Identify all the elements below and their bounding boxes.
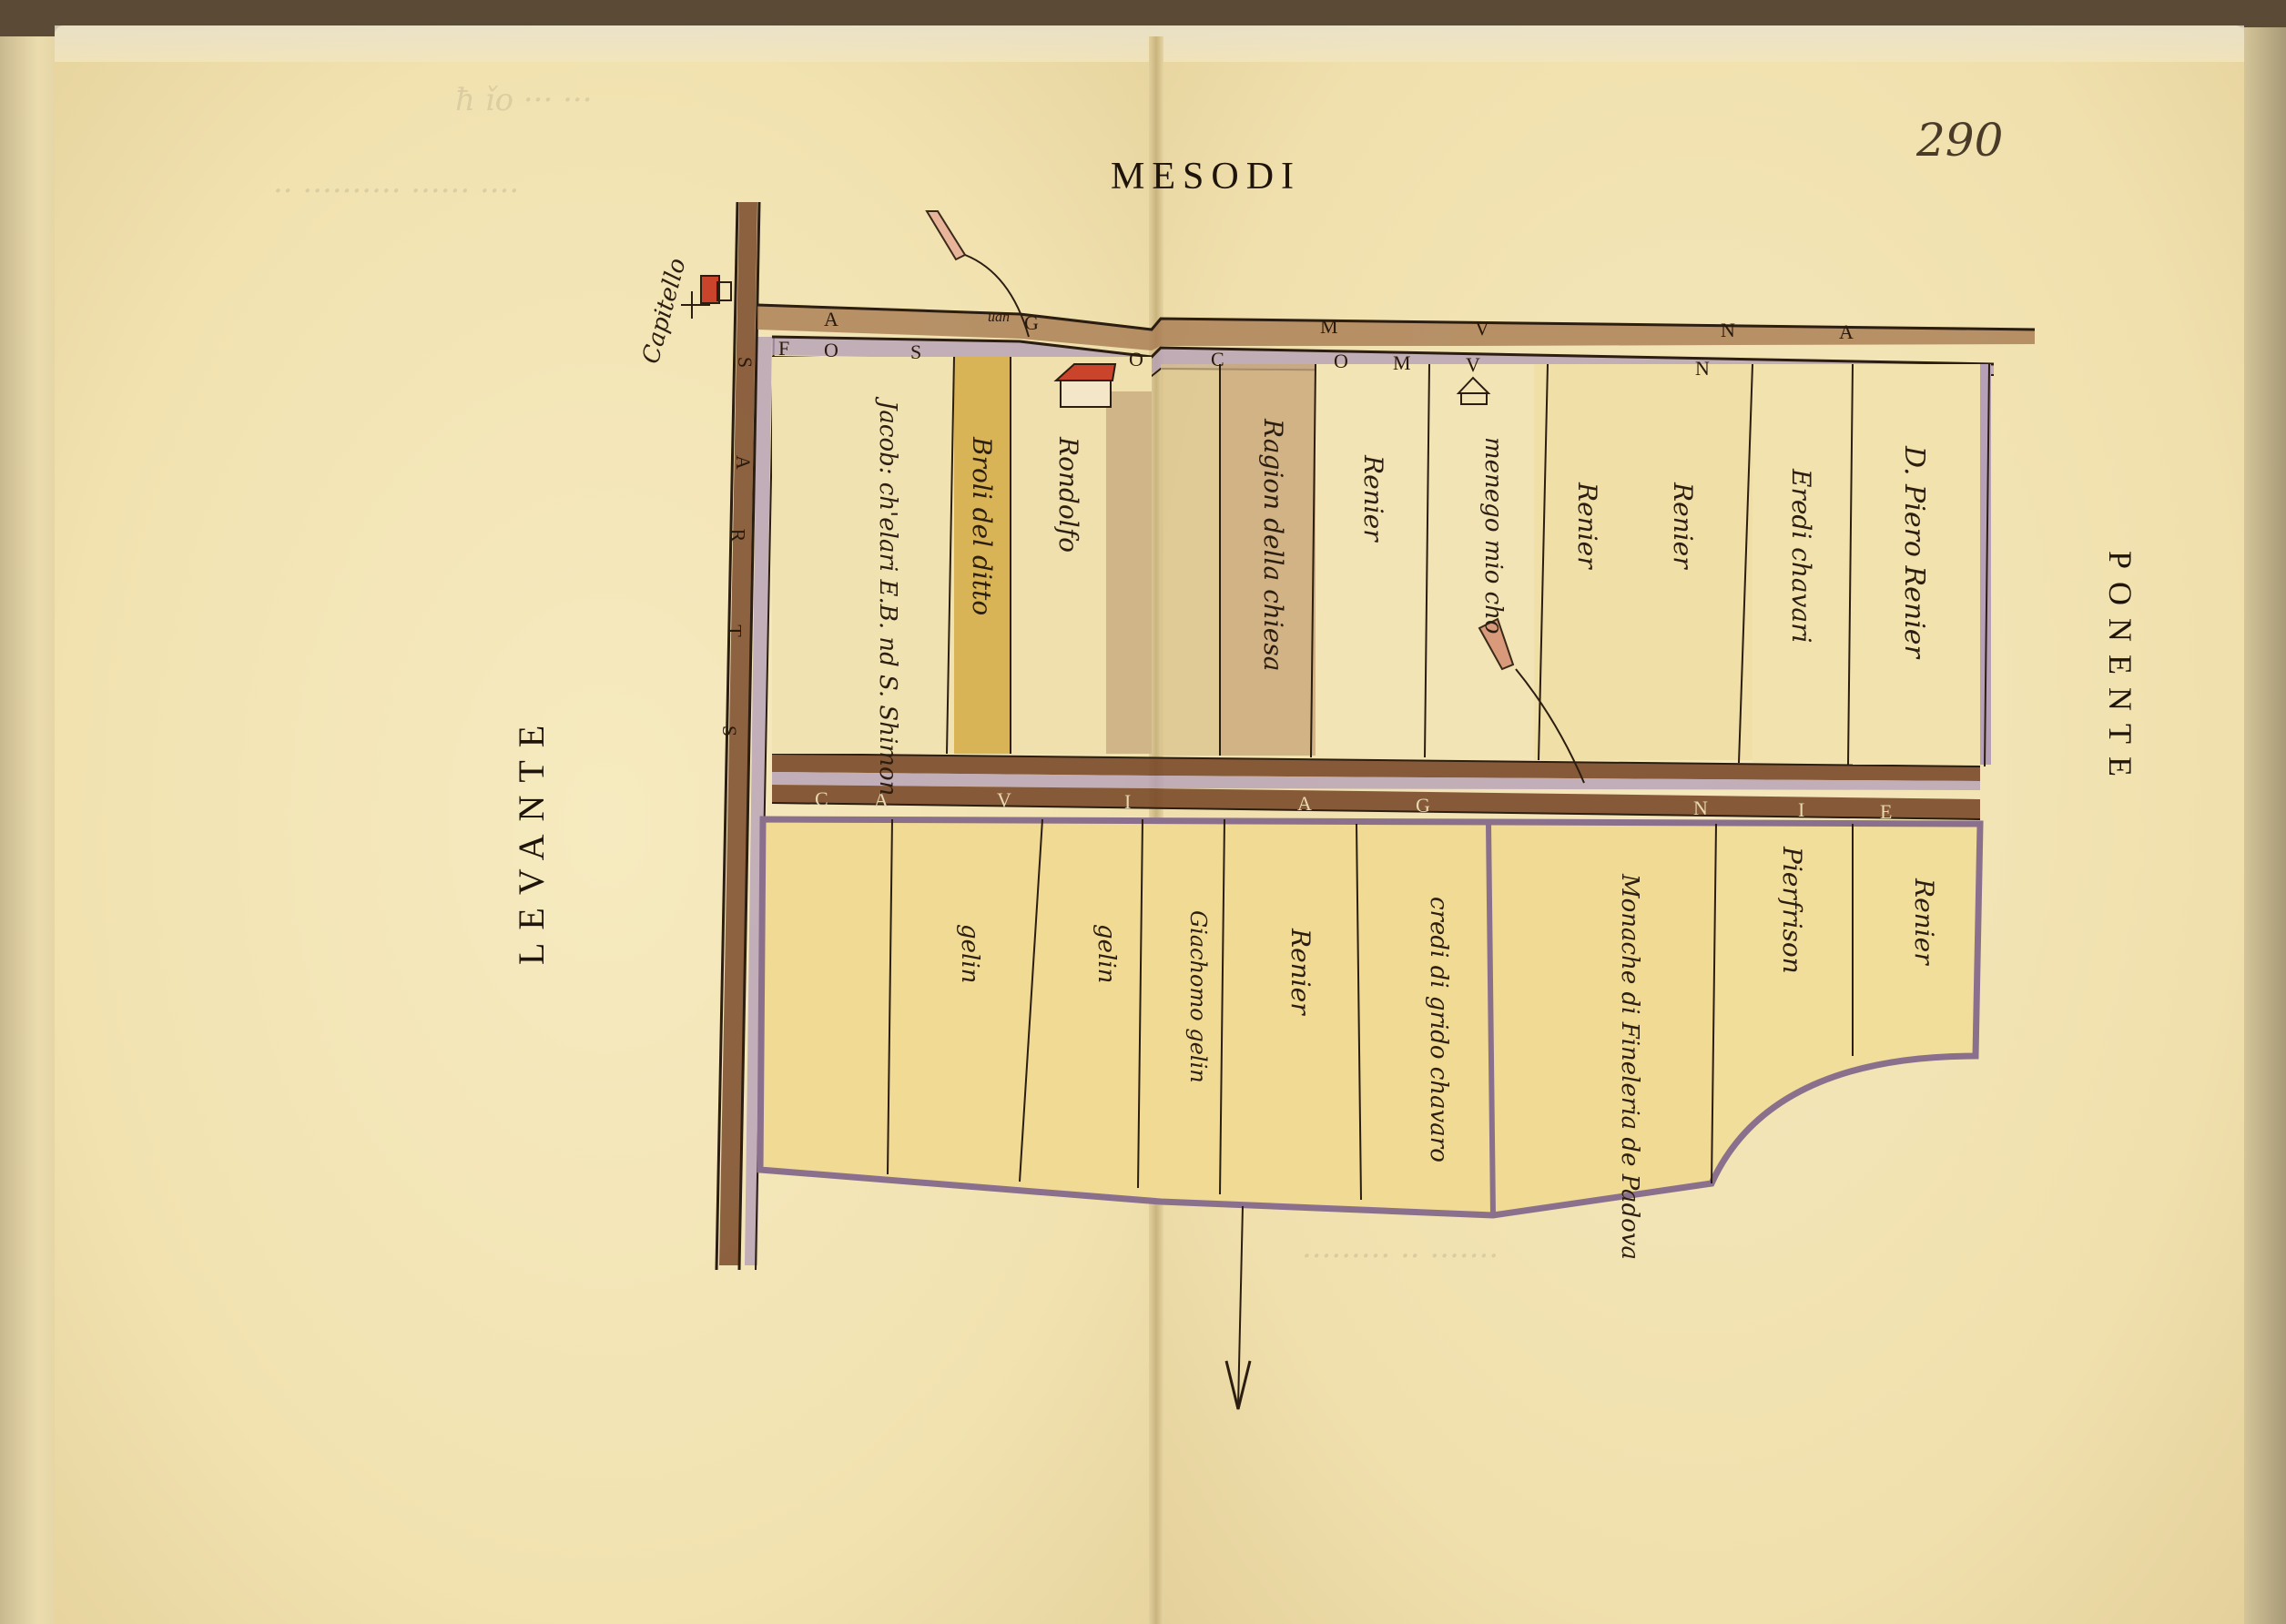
cadastral-map [0, 0, 2286, 1624]
road-letter: G [1416, 794, 1430, 817]
parcel-label: Renier [1358, 455, 1388, 542]
road-letter: A [1297, 792, 1312, 816]
parcel-label: Renier [1572, 482, 1602, 569]
road-letter: V [997, 788, 1011, 812]
parcel-label: Renier [1909, 878, 1939, 965]
road-letter: S [910, 340, 921, 364]
road-letter: G [1024, 311, 1039, 335]
road-letter: N [1693, 797, 1708, 820]
parcel-label: Renier [1668, 482, 1698, 569]
road-letter: R [726, 529, 749, 543]
parcel-label: Broli del ditto [967, 437, 997, 615]
road-letter: uan [988, 310, 1010, 326]
parcel-label: menego mio cho [1479, 437, 1507, 634]
road-letter: T [723, 624, 747, 636]
parcel-label: Giachomo gelin [1185, 910, 1211, 1083]
road-letter: V [1475, 317, 1489, 340]
parcel-label: Pierfrison [1777, 847, 1807, 974]
road-letter: C [1211, 348, 1224, 371]
road-letter: S [717, 726, 741, 736]
road-letter: M [1320, 315, 1338, 339]
road-letter: O [1129, 348, 1143, 371]
open-book: ħ ǐo ··· ··· ·· ·········· ······ ···· ·… [0, 0, 2286, 1624]
parcel-label: Eredi chavari [1786, 469, 1816, 643]
road-letter: N [1721, 319, 1735, 342]
road-letter: A [731, 455, 755, 470]
parcel-label: Ragion della chiesa [1258, 419, 1288, 671]
parcel-label: D. Piero Renier [1898, 446, 1930, 658]
road-letter: A [824, 308, 838, 331]
parcel-label: Monache di Fineleria de Padova [1616, 874, 1643, 1260]
parcel-label: gelin [1092, 924, 1120, 983]
road-letter: F [778, 337, 789, 360]
road-letter: I [1124, 790, 1131, 814]
parcel-label: Rondolfo [1053, 437, 1083, 553]
road-letter: A [1839, 320, 1854, 344]
road-letter: E [1880, 800, 1892, 824]
road-letter: V [1466, 353, 1480, 377]
parcel-label: Renier [1285, 929, 1316, 1015]
chapel-icon [681, 276, 731, 319]
parcel-label: credi di grido chavaro [1425, 897, 1452, 1162]
road-letter: I [1798, 798, 1804, 822]
road-letter: M [1393, 351, 1411, 375]
road-letter: C [815, 787, 828, 811]
parcel-label: Jacob: ch'elari E.B. nd S. Shimon [874, 401, 901, 796]
road-letter: N [1695, 357, 1710, 381]
road-letter: S [733, 357, 757, 368]
road-letter: O [824, 339, 838, 362]
road-letter: O [1334, 350, 1348, 373]
parcel-label: gelin [956, 924, 983, 983]
arrow-down-icon [1226, 1206, 1250, 1409]
